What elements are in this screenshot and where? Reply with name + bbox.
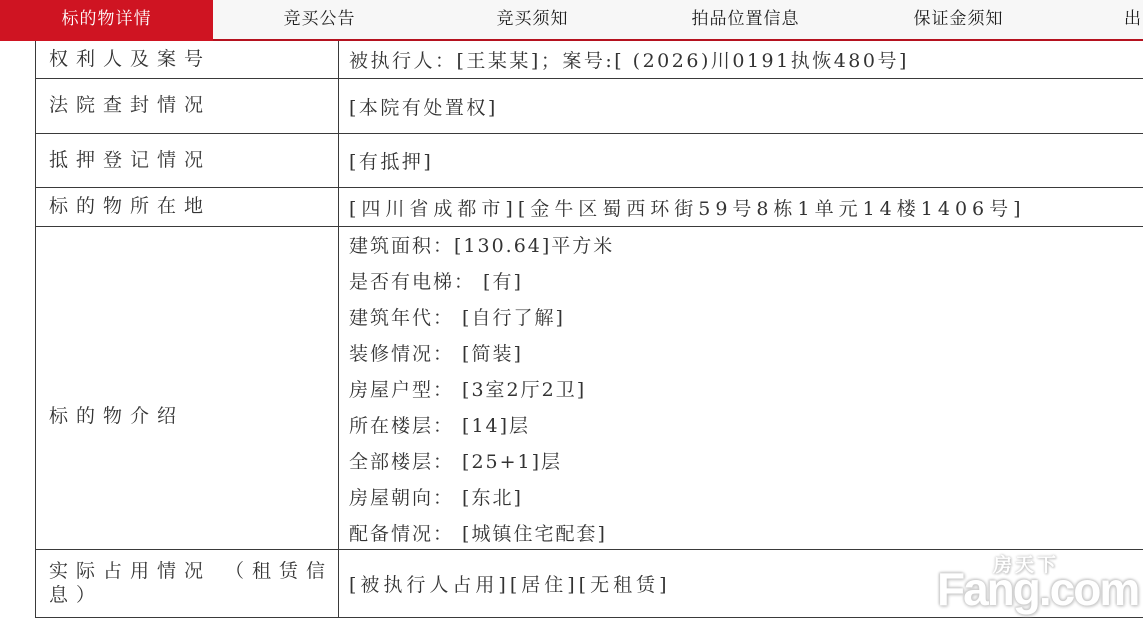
intro-line-total-floors: 全部楼层： [25+1]层 bbox=[349, 444, 1143, 480]
detail-tab-bar: 标的物详情 竞买公告 竞买须知 拍品位置信息 保证金须知 出 bbox=[0, 0, 1143, 41]
intro-line-facilities: 配备情况： [城镇住宅配套] bbox=[349, 516, 1143, 552]
row-label: 抵押登记情况 bbox=[36, 134, 339, 187]
row-label: 实际占用情况 （租赁信息） bbox=[36, 550, 339, 617]
row-value: 建筑面积：[130.64]平方米 是否有电梯： [有] 建筑年代： [自行了解]… bbox=[339, 227, 1143, 549]
tab-item-details[interactable]: 标的物详情 bbox=[0, 0, 213, 41]
row-label: 法院查封情况 bbox=[36, 79, 339, 133]
row-value: [四川省成都市][金牛区蜀西环街59号8栋1单元14楼1406号] bbox=[339, 188, 1143, 226]
tab-bidding-instructions[interactable]: 竞买须知 bbox=[426, 0, 639, 41]
table-row-occupancy: 实际占用情况 （租赁信息） [被执行人占用][居住][无租赁] bbox=[36, 550, 1143, 618]
row-value: [有抵押] bbox=[339, 134, 1143, 187]
intro-line-decoration: 装修情况： [简装] bbox=[349, 336, 1143, 372]
row-label: 标的物所在地 bbox=[36, 188, 339, 226]
tab-auction-notice[interactable]: 竞买公告 bbox=[213, 0, 426, 41]
tab-location-info[interactable]: 拍品位置信息 bbox=[639, 0, 852, 41]
row-label: 标的物介绍 bbox=[36, 227, 339, 549]
intro-line-layout: 房屋户型： [3室2厅2卫] bbox=[349, 372, 1143, 408]
table-row-introduction: 标的物介绍 建筑面积：[130.64]平方米 是否有电梯： [有] 建筑年代： … bbox=[36, 227, 1143, 550]
tab-bid-record[interactable]: 出 bbox=[1065, 0, 1143, 41]
row-label: 权利人及案号 bbox=[36, 41, 339, 78]
intro-line-floor: 所在楼层： [14]层 bbox=[349, 408, 1143, 444]
property-detail-table: 权利人及案号 被执行人：[王某某]；案号:[ (2026)川0191执恢480号… bbox=[35, 41, 1143, 618]
intro-line-area: 建筑面积：[130.64]平方米 bbox=[349, 228, 1143, 264]
table-row-mortgage: 抵押登记情况 [有抵押] bbox=[36, 134, 1143, 188]
row-value: [被执行人占用][居住][无租赁] bbox=[339, 550, 1143, 617]
table-row-location: 标的物所在地 [四川省成都市][金牛区蜀西环街59号8栋1单元14楼1406号] bbox=[36, 188, 1143, 227]
row-value: 被执行人：[王某某]；案号:[ (2026)川0191执恢480号] bbox=[339, 41, 1143, 78]
intro-line-orientation: 房屋朝向： [东北] bbox=[349, 480, 1143, 516]
table-row-court-seizure: 法院查封情况 [本院有处置权] bbox=[36, 79, 1143, 134]
row-value: [本院有处置权] bbox=[339, 79, 1143, 133]
intro-line-year: 建筑年代： [自行了解] bbox=[349, 300, 1143, 336]
table-row-case-number: 权利人及案号 被执行人：[王某某]；案号:[ (2026)川0191执恢480号… bbox=[36, 41, 1143, 79]
tab-deposit-notice[interactable]: 保证金须知 bbox=[852, 0, 1065, 41]
intro-line-elevator: 是否有电梯： [有] bbox=[349, 264, 1143, 300]
